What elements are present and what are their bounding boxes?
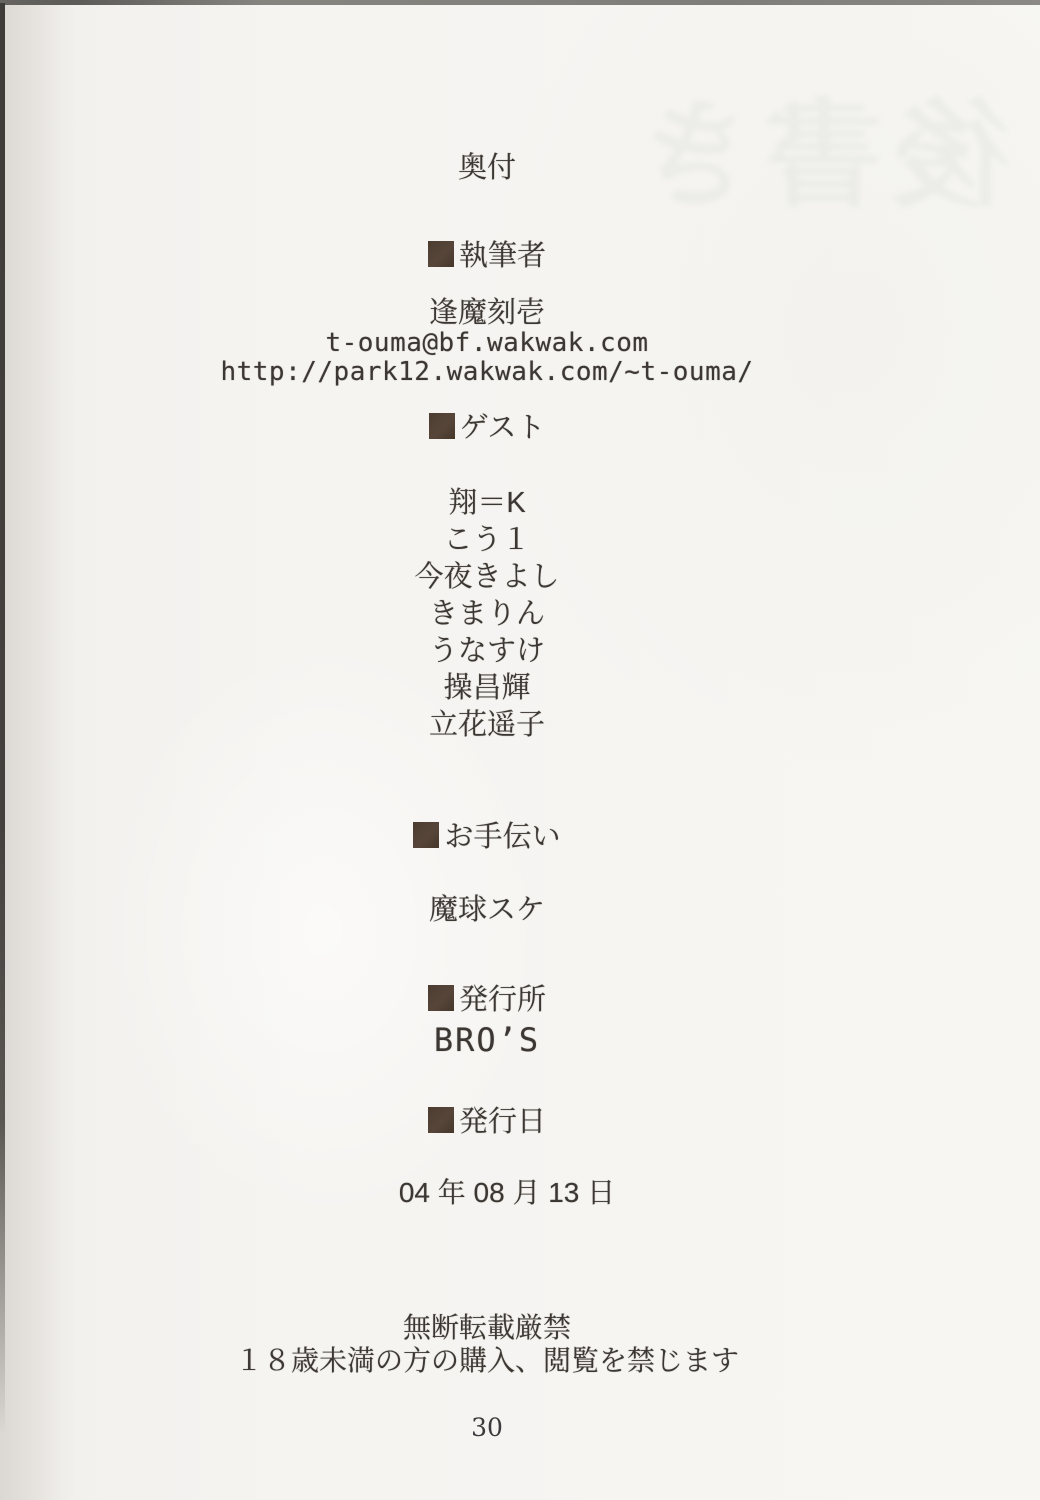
section-heading-publisher: 発行所 [0,982,974,1018]
bleed-through-text: 後書き [610,60,1010,230]
guest-name: 今夜きよし [0,559,974,596]
section-heading-guests-label: ゲスト [460,412,546,444]
guest-name: 立花遥子 [0,707,974,744]
guest-name: 翔＝K [0,485,974,522]
section-bullet-icon [429,413,455,439]
publisher-name: BRO’S [0,1022,974,1058]
guest-list: 翔＝K こう１ 今夜きよし きまりん うなすけ 操昌輝 立花遥子 [0,485,974,744]
page-title: 奥付 [0,150,974,186]
section-heading-helper-label: お手伝い [444,821,560,853]
page-number: 30 [0,1410,974,1446]
issue-date: 04 年 08 月 13 日 [20,1175,994,1211]
helper-name: 魔球スケ [0,892,974,928]
section-bullet-icon [413,822,439,848]
author-url: http://park12.wakwak.com/~t-ouma/ [0,354,974,390]
guest-name: 操昌輝 [0,670,974,707]
section-heading-date-label: 発行日 [459,1106,546,1138]
guest-name: こう１ [0,522,974,559]
notice-line-2: １８歳未満の方の購入、閲覧を禁じます [0,1344,974,1377]
section-bullet-icon [428,1107,454,1133]
section-bullet-icon [428,985,454,1011]
section-heading-date: 発行日 [0,1104,974,1140]
section-heading-author-label: 執筆者 [459,240,546,272]
guest-name: きまりん [0,596,974,633]
scan-left-shadow [0,0,90,1500]
section-heading-helper: お手伝い [0,819,974,855]
guest-name: うなすけ [0,633,974,670]
section-heading-publisher-label: 発行所 [459,984,546,1016]
scan-top-edge [0,0,1040,5]
section-bullet-icon [428,241,454,267]
scanned-page: 後書き 奥付 執筆者 逢魔刻壱 t-ouma@bf.wakwak.com htt… [0,0,1040,1500]
notice-line-1: 無断転載厳禁 [0,1311,974,1344]
section-heading-author: 執筆者 [0,238,974,274]
section-heading-guests: ゲスト [0,410,974,446]
